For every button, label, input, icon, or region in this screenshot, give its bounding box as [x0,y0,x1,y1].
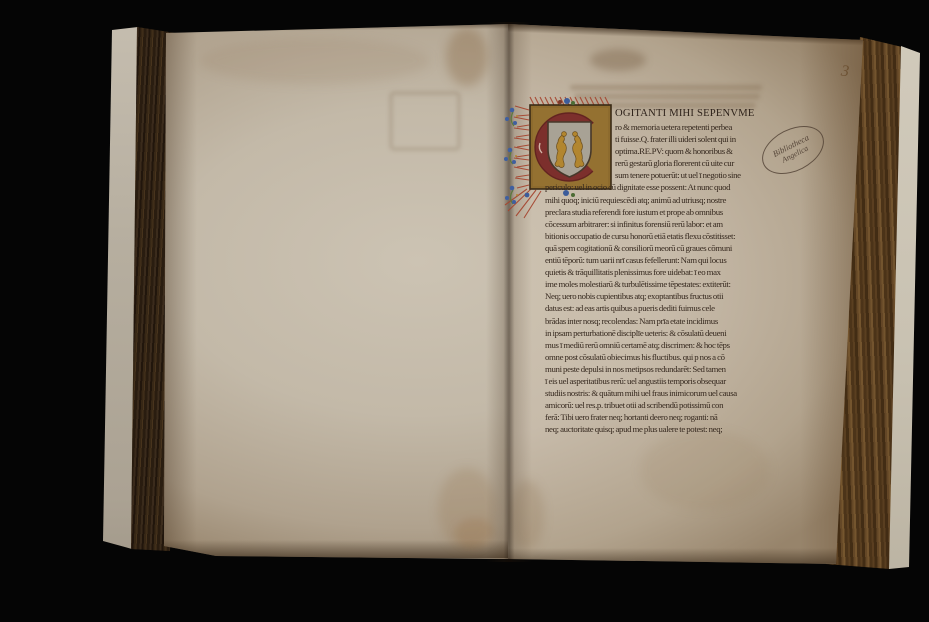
left-page-top-edge-shadow [160,20,512,32]
stain-top-gutter [446,28,488,86]
stain-top-mottling [200,38,430,84]
manuscript-heading-capitals: OGITANTI MIHI SEPENVME [615,107,767,121]
manuscript-line: brādas inter nosq; recolendas: Nam prīa … [545,315,767,327]
left-page-inner-edge-shadow [163,30,197,552]
manuscript-line: ī eis uel asperitatibus rerū: uel angust… [545,375,767,387]
manuscript-line: bitionis occupatio de cursu honorū etiā … [545,230,767,242]
stain-dark-streak-top [590,49,646,71]
manuscript-line: quietis & trāquillitatis plenissimus for… [545,266,767,278]
manuscript-line: neq; auctoritate quisq; apud me plus ual… [545,423,767,435]
manuscript-line: muni peste depulsi in nos metipsos redun… [545,363,767,375]
manuscript-line: cōcessum arbitrarer: si infinitus forens… [545,218,767,230]
manuscript-line: in ipsam perturbationē disciplīe ueteris… [545,327,767,339]
right-page-bottom-edge-shadow [508,548,848,564]
manuscript-line: Neq; uero nobis cupientibus atq; exoptan… [545,290,767,302]
blue-flower-sprigs-icon [504,108,518,204]
manuscript-line: sum tenere potuerūt: ut uel ī negotio si… [615,169,767,181]
manuscript-line: quā spem cogitationū & consiliorū meorū … [545,242,767,254]
stamp-show-through-rectangle [390,92,460,150]
manuscript-line: preclara studia referendi fore iustum et… [545,206,767,218]
photograph-black-background: OGITANTI MIHI SEPENVME ro & memoria uete… [0,0,929,622]
manuscript-line: ti fuisse.Q. frater illi uideri solent q… [615,133,767,145]
manuscript-line: omne post cōsulatū obiecimus his fluctib… [545,351,767,363]
manuscript-line: datus est: ad eas artis quibus a pueris … [545,302,767,314]
right-page-top-edge-shadow [506,22,866,46]
manuscript-line: amicorū: uel res.p. tribuet otii ad scri… [545,399,767,411]
manuscript-line: ime moles molestiarū & turbulētissime tē… [545,278,767,290]
manuscript-line: mus ī mediū rerū omniū certamē atq; disc… [545,339,767,351]
manuscript-line: optima.RE.PV: quom & honoribus & [615,145,767,157]
manuscript-line: rerū gestarū gloria florerent cū uite cu… [615,157,767,169]
manuscript-line: ferā: Tibi uero frater neq; hortanti dee… [545,411,767,423]
stain-lower-mottling [640,430,770,510]
manuscript-line: studiis nostris: & quātum mihi uel fraus… [545,387,767,399]
manuscript-line: entiū tēporū: tum uarii nrī casus fefell… [545,254,767,266]
manuscript-text-block: OGITANTI MIHI SEPENVME ro & memoria uete… [545,107,767,435]
manuscript-line: ro & memoria uetera repetenti perbea [615,121,767,133]
manuscript-line: periculo: uel in ocio cū dignitate esse … [545,181,767,193]
left-page-bottom-edge-shadow [162,540,512,558]
manuscript-line: mihi quoq; iniciū requiescēdi atq; animū… [545,194,767,206]
